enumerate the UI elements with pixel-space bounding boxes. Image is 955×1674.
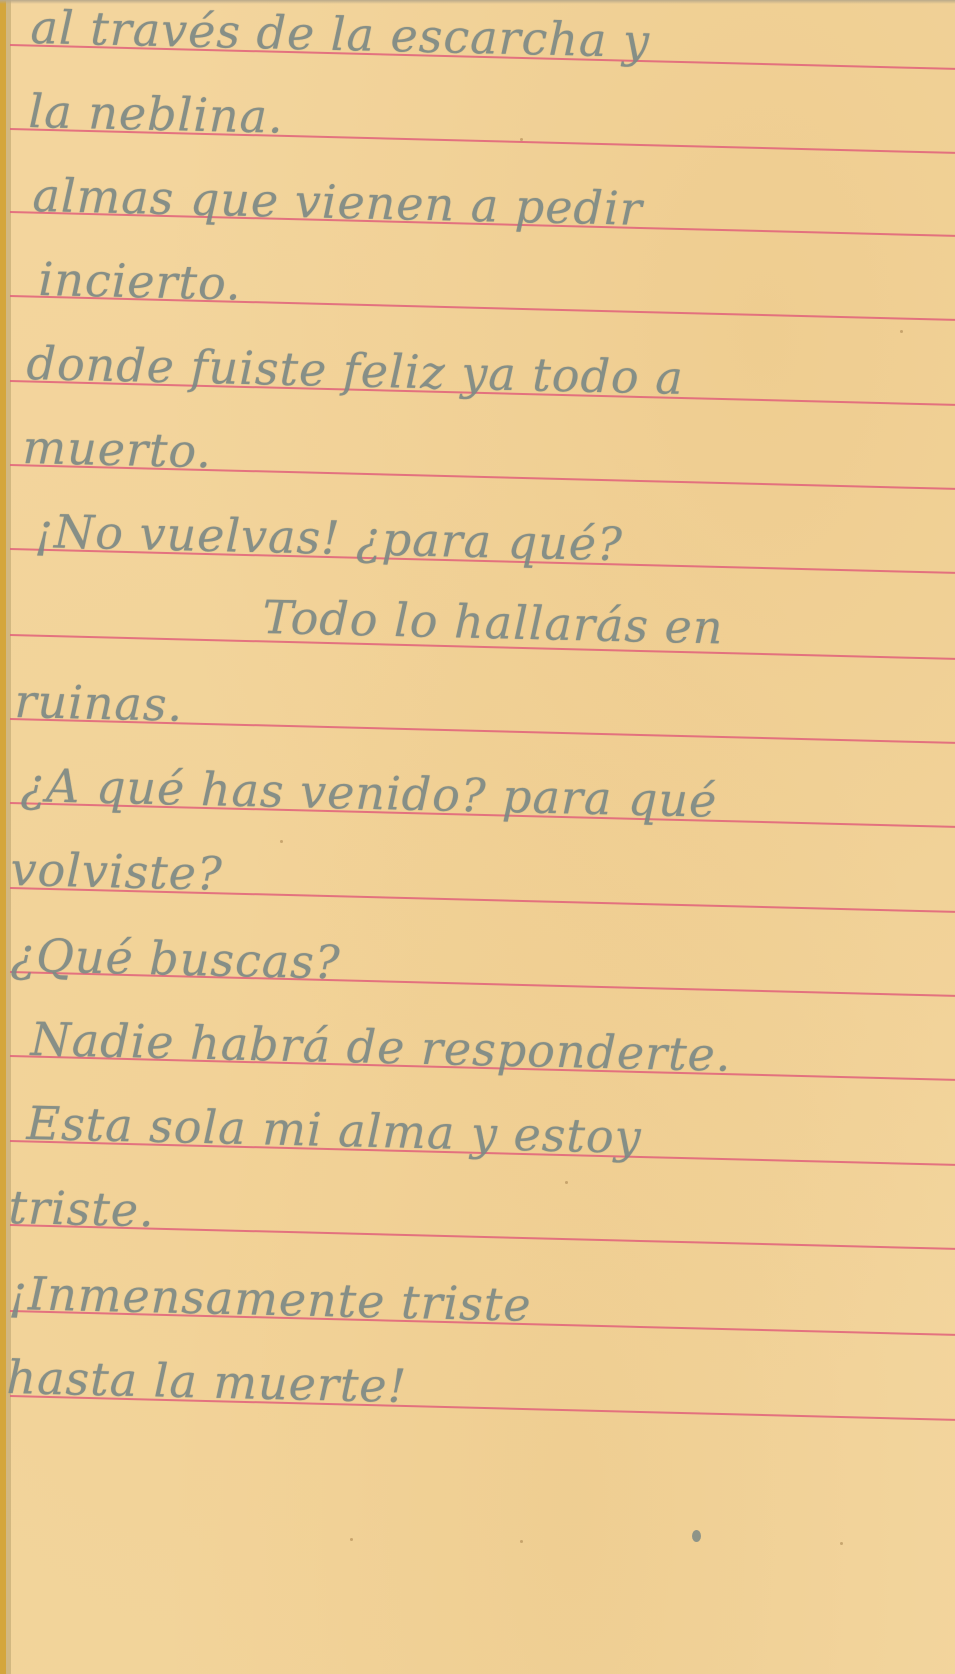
- paper-speck: [700, 626, 703, 629]
- handwritten-line: ¿Qué buscas?: [10, 928, 341, 989]
- paper-speck: [520, 138, 523, 141]
- handwritten-line: la neblina.: [28, 84, 284, 144]
- handwritten-line: ruinas.: [14, 674, 184, 732]
- paper-speck: [350, 1538, 353, 1541]
- paper-speck: [520, 1540, 523, 1543]
- handwritten-line: al través de la escarcha y: [30, 0, 651, 68]
- paper-speck: [565, 1181, 568, 1184]
- handwritten-line: almas que vienen a pedir: [32, 168, 643, 236]
- handwritten-line: ¿A qué has venido? para qué: [20, 758, 718, 828]
- handwritten-line: Todo lo hallarás en: [262, 590, 724, 654]
- notebook-page: al través de la escarcha y la neblina. a…: [0, 0, 955, 1674]
- handwritten-line: muerto.: [22, 420, 213, 478]
- handwritten-line: Nadie habrá de responderte.: [30, 1012, 732, 1082]
- handwritten-line: volviste?: [10, 842, 223, 901]
- paper-speck: [840, 1542, 843, 1545]
- handwritten-line: donde fuiste feliz ya todo a: [26, 336, 684, 405]
- handwritten-line: ¡Inmensamente triste: [8, 1266, 532, 1332]
- handwritten-line: hasta la muerte!: [6, 1350, 408, 1413]
- paper-speck: [280, 840, 283, 843]
- handwritten-line: ¡No vuelvas! ¿para qué?: [34, 504, 623, 571]
- handwritten-line: incierto.: [38, 252, 242, 311]
- handwritten-line: Esta sola mi alma y estoy: [26, 1096, 642, 1164]
- handwritten-line: triste.: [8, 1180, 155, 1237]
- pencil-dot: [692, 1530, 701, 1542]
- paper-speck: [900, 330, 903, 333]
- page-binding-edge: [6, 0, 11, 1674]
